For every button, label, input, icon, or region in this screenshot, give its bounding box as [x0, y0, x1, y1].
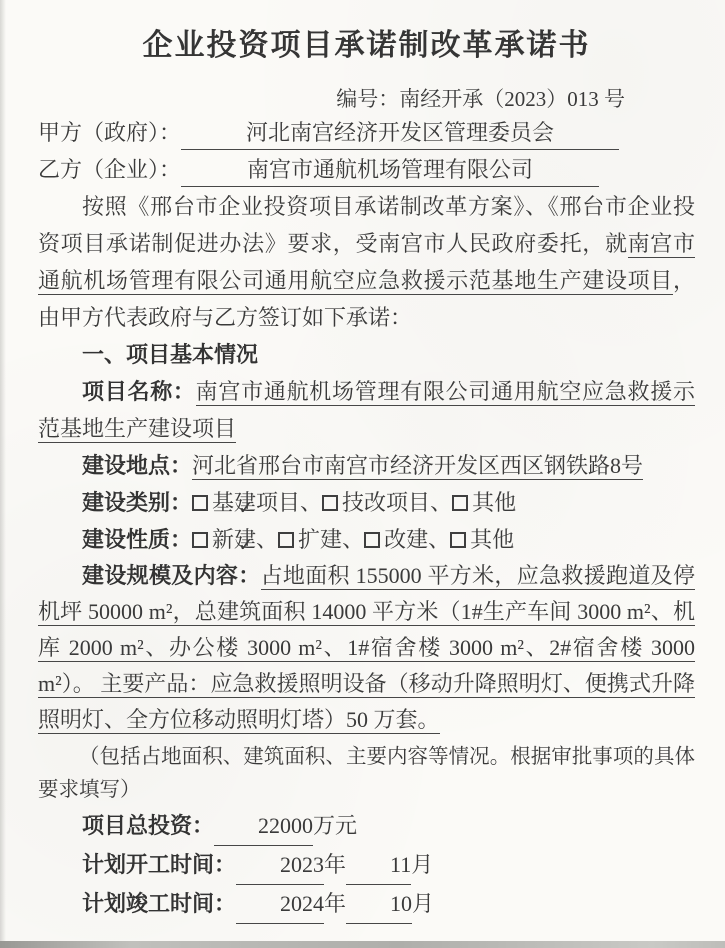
total-investment-value: 22000 [214, 807, 313, 846]
end-month-value: 10 [346, 885, 412, 924]
option-separator: 、 [342, 527, 364, 552]
location-value: 河北省邢台市南宫市经济开发区西区钢铁路8号 [192, 453, 643, 480]
party-a-line: 甲方（政府）：河北南宫经济开发区管理委员会 [38, 114, 695, 151]
unchecked-checkbox-icon [452, 495, 468, 511]
total-investment-unit: 万元 [313, 813, 357, 838]
category-option-jigai: 技改项目 [322, 490, 430, 515]
option-separator: 、 [300, 490, 322, 515]
location-field: 建设地点：河北省邢台市南宫市经济开发区西区钢铁路8号 [38, 447, 695, 484]
total-investment-field: 项目总投资：22000万元 [38, 807, 695, 846]
category-option-label: 其他 [472, 490, 516, 515]
category-label: 建设类别： [82, 490, 192, 515]
scale-content-field: 建设规模及内容：占地面积 155000 平方米，应急救援跑道及停机坪 50000… [38, 558, 695, 738]
month-unit: 月 [411, 852, 433, 877]
nature-label: 建设性质： [82, 527, 192, 552]
nature-option-label: 其他 [470, 527, 514, 552]
month-unit: 月 [412, 891, 434, 916]
scale-label: 建设规模及内容： [82, 563, 261, 588]
nature-field: 建设性质：新建、扩建、改建、其他 [38, 521, 695, 558]
nature-option-new: 新建 [192, 527, 256, 552]
option-separator: 、 [428, 527, 450, 552]
end-date-field: 计划竣工时间：2024年10月 [38, 885, 695, 924]
start-date-field: 计划开工时间：2023年11月 [38, 846, 695, 885]
party-b-value: 南宫市通航机场管理有限公司 [181, 155, 599, 187]
reference-value: 南经开承（2023）013 号 [399, 87, 625, 111]
start-date-label: 计划开工时间： [82, 852, 236, 877]
category-field: 建设类别：基建项目、技改项目、其他 [38, 484, 695, 521]
category-option-label: 技改项目 [342, 490, 430, 515]
start-year-value: 2023 [236, 846, 324, 885]
scan-bottom-edge-artifact [0, 941, 725, 948]
nature-option-other: 其他 [450, 527, 514, 552]
unchecked-checkbox-icon [364, 532, 380, 548]
start-month-value: 11 [346, 846, 411, 885]
section-heading: 一、项目基本情况 [38, 336, 695, 373]
reference-number-line: 编号：南经开承（2023）013 号 [38, 84, 695, 114]
option-separator: 、 [256, 527, 278, 552]
party-a-label: 甲方（政府）： [38, 120, 181, 145]
option-separator: 、 [430, 490, 452, 515]
preamble-paragraph: 按照《邢台市企业投资项目承诺制改革方案》、《邢台市企业投资项目承诺制促进办法》要… [38, 188, 695, 336]
category-option-jijian: 基建项目 [192, 490, 300, 515]
scanned-document-page: 企业投资项目承诺制改革承诺书 编号：南经开承（2023）013 号 甲方（政府）… [0, 0, 725, 948]
end-year-value: 2024 [236, 885, 324, 924]
unchecked-checkbox-icon [450, 532, 466, 548]
unchecked-checkbox-icon [278, 532, 294, 548]
location-label: 建设地点： [82, 453, 192, 478]
end-date-label: 计划竣工时间： [82, 891, 236, 916]
document-title: 企业投资项目承诺制改革承诺书 [38, 24, 695, 68]
project-name-label: 项目名称： [82, 379, 196, 404]
total-investment-label: 项目总投资： [82, 813, 214, 838]
project-name-field: 项目名称：南宫市通航机场管理有限公司通用航空应急救援示范基地生产建设项目 [38, 373, 695, 447]
reference-label: 编号： [336, 87, 399, 111]
document-content: 企业投资项目承诺制改革承诺书 编号：南经开承（2023）013 号 甲方（政府）… [0, 0, 725, 924]
year-unit: 年 [324, 852, 346, 877]
instruction-note: （包括占地面积、建筑面积、主要内容等情况。根据审批事项的具体要求填写） [38, 741, 695, 807]
checked-checkbox-icon [192, 532, 208, 548]
checked-checkbox-icon [192, 495, 208, 511]
nature-option-expand: 扩建 [278, 527, 342, 552]
party-a-value: 河北南宫经济开发区管理委员会 [181, 118, 619, 150]
nature-option-label: 扩建 [298, 527, 342, 552]
party-b-line: 乙方（企业）：南宫市通航机场管理有限公司 [38, 151, 695, 188]
nature-option-label: 改建 [384, 527, 428, 552]
scale-value: 占地面积 155000 平方米，应急救援跑道及停机坪 50000 m²，总建筑面… [38, 563, 695, 734]
nature-option-rebuild: 改建 [364, 527, 428, 552]
category-option-other: 其他 [452, 490, 516, 515]
party-b-label: 乙方（企业）： [38, 157, 181, 182]
unchecked-checkbox-icon [322, 495, 338, 511]
preamble-text-before: 按照《邢台市企业投资项目承诺制改革方案》、《邢台市企业投资项目承诺制促进办法》要… [38, 194, 695, 256]
year-unit: 年 [324, 891, 346, 916]
scan-left-edge-artifact [0, 0, 6, 948]
